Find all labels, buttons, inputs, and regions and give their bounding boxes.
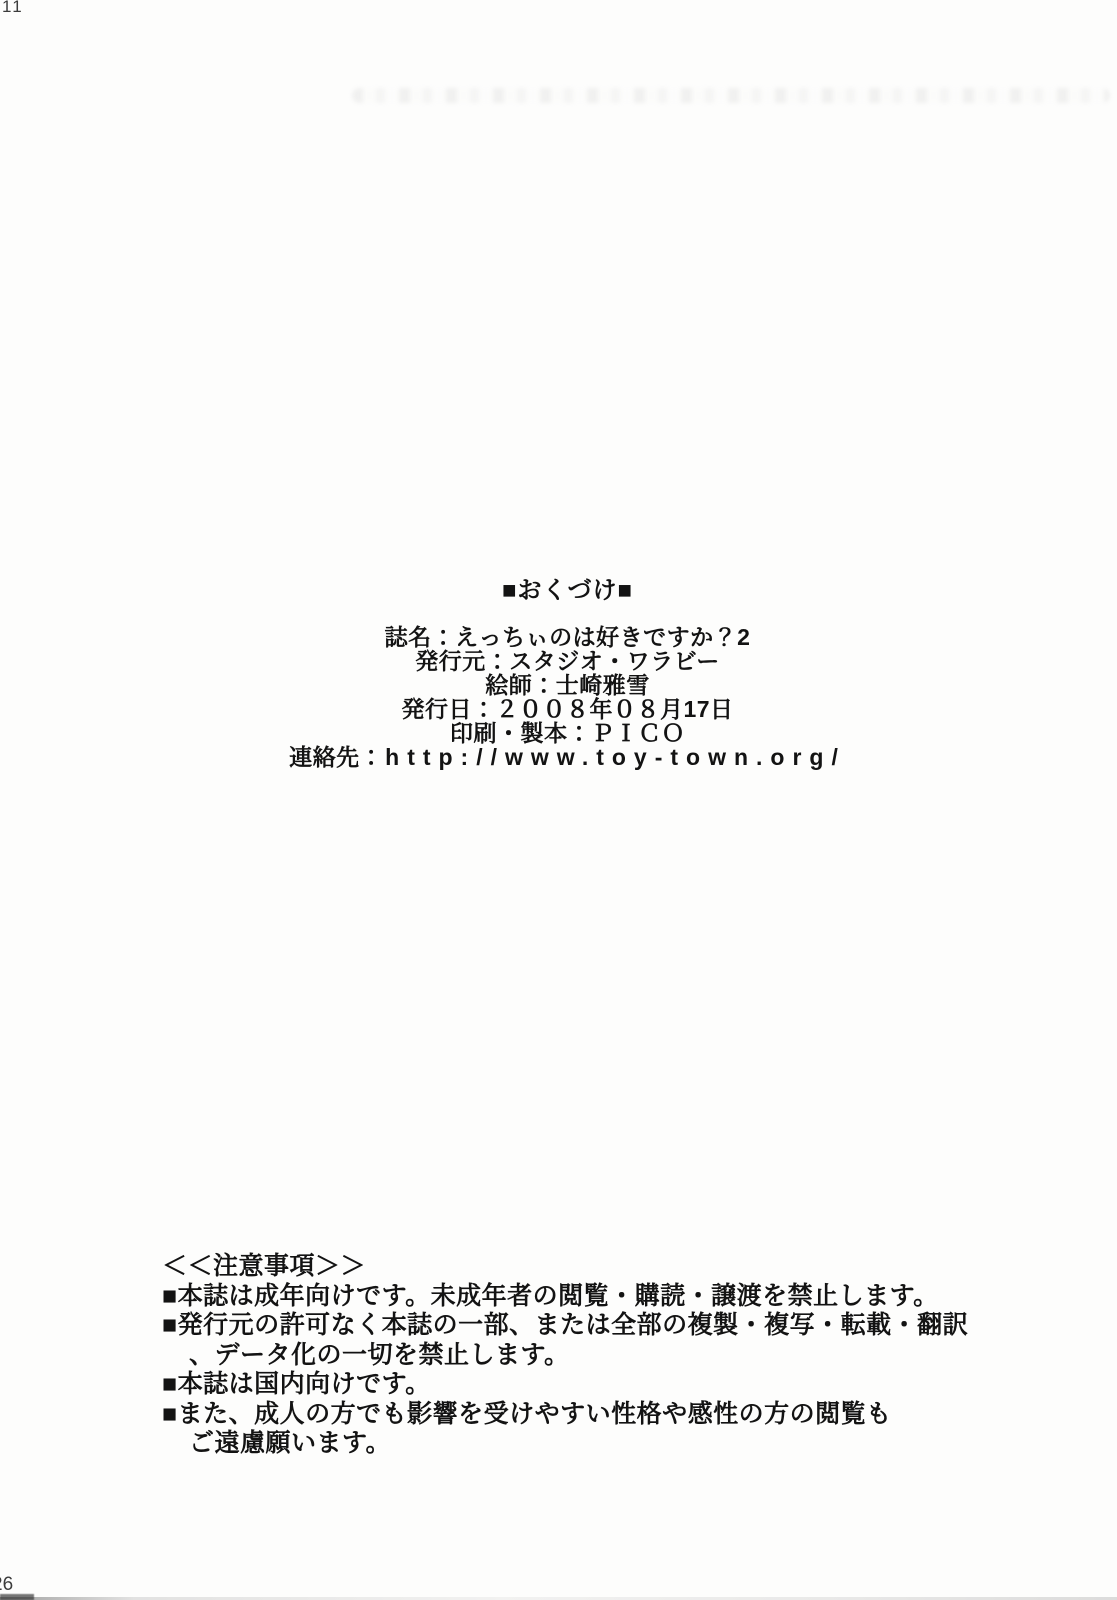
notice-line-sensitive-readers-cont: ご遠慮願います。	[162, 1429, 968, 1459]
scanned-colophon-page: 11 26 ■おくづけ■ 誌名：えっちぃのは好きですか？2 発行元：スタジオ・ワ…	[0, 0, 1117, 1600]
colophon-title: ■おくづけ■	[18, 577, 1117, 604]
colophon-line-title-name: 誌名：えっちぃのは好きですか？2	[18, 625, 1117, 649]
bleedthrough-artifact	[352, 88, 1110, 103]
notice-line-no-reproduction: ■発行元の許可なく本誌の一部、または全部の複製・複写・転載・翻訳	[162, 1311, 968, 1341]
page-number-top-left: 11	[2, 0, 24, 17]
contact-url: http://www.toy-town.org/	[385, 744, 846, 770]
notice-line-sensitive-readers: ■また、成人の方でも影響を受けやすい性格や感性の方の閲覧も	[162, 1400, 968, 1430]
colophon-spacer	[18, 604, 1117, 625]
notice-line-no-reproduction-cont: 、データ化の一切を禁止します。	[162, 1341, 968, 1371]
colophon-line-printer: 印刷・製本：ＰＩＣＯ	[18, 721, 1117, 745]
page-number-bottom-left: 26	[0, 1574, 13, 1596]
colophon-line-artist: 絵師：士崎雅雪	[18, 673, 1117, 697]
scan-corner-smudge-artifact	[0, 1594, 34, 1600]
colophon-block: ■おくづけ■ 誌名：えっちぃのは好きですか？2 発行元：スタジオ・ワラビー 絵師…	[0, 577, 1117, 769]
notice-line-adults-only: ■本誌は成年向けです。未成年者の閲覧・購読・譲渡を禁止します。	[162, 1282, 968, 1312]
notice-heading: ＜＜注意事項＞＞	[162, 1252, 968, 1282]
notice-block: ＜＜注意事項＞＞ ■本誌は成年向けです。未成年者の閲覧・購読・譲渡を禁止します。…	[162, 1252, 968, 1459]
colophon-line-contact: 連絡先：http://www.toy-town.org/	[18, 745, 1117, 769]
notice-line-domestic-only: ■本誌は国内向けです。	[162, 1370, 968, 1400]
colophon-line-publish-date: 発行日：２００８年０８月17日	[18, 697, 1117, 721]
colophon-line-publisher: 発行元：スタジオ・ワラビー	[18, 649, 1117, 673]
contact-label: 連絡先：	[289, 744, 383, 770]
